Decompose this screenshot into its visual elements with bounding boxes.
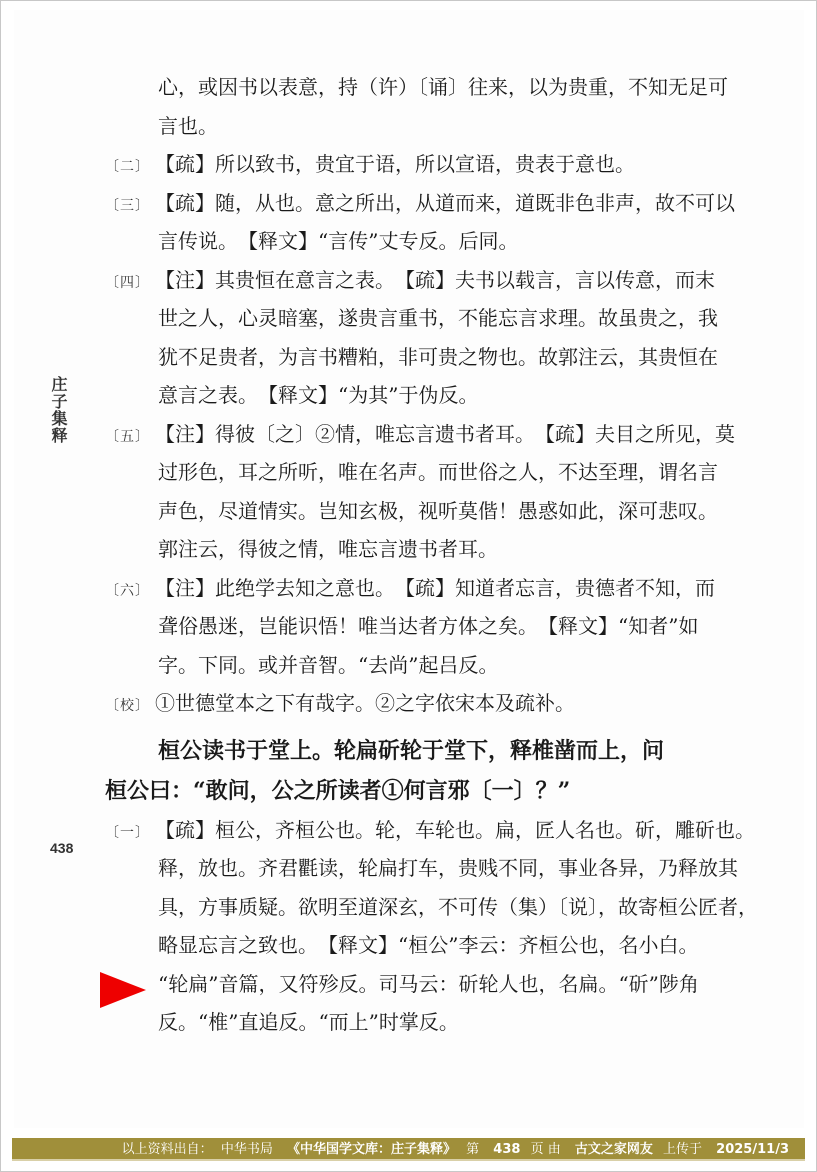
paragraph-continuation: 心，或因书以表意，持（许）〔诵〕往来，以为贵重，不知无足可 言也。	[105, 68, 725, 145]
text-line: 反。“椎”直追反。“而上”时掌反。	[105, 1003, 725, 1042]
footer-page-suffix: 页 由	[531, 1142, 561, 1157]
main-text-line: 桓公读书于堂上。轮扁斫轮于堂下，释椎凿而上，问	[105, 731, 725, 771]
text-line: 具，方事质疑。欲明至道深玄，不可传（集）〔说〕，故寄桓公匠者，	[105, 888, 725, 927]
note-marker: 〔一〕	[105, 814, 155, 853]
text-line: 【注】得彼〔之〕②情，唯忘言遗书者耳。 【疏】夫目之所见，莫	[155, 422, 735, 446]
note-marker: 〔五〕	[105, 418, 155, 457]
text-line: 意言之表。 【释文】“为其”于伪反。	[105, 376, 725, 415]
page-number: 438	[50, 840, 73, 856]
footer-uploader: 古文之家网友	[575, 1142, 653, 1157]
text-line: 聋俗愚迷，岂能识悟！唯当达者方体之矣。 【释文】“知者”如	[105, 607, 725, 646]
footer-upload-label: 上传于	[663, 1142, 702, 1157]
note-4: 〔四〕【注】其贵恒在意言之表。 【疏】夫书以载言，言以传意，而末 世之人，心灵暗…	[105, 261, 725, 415]
text-line: 【疏】桓公，齐桓公也。轮，车轮也。扁，匠人名也。斫，雕斫也。	[155, 818, 755, 842]
footer-page: 438	[493, 1142, 520, 1157]
note-3: 〔三〕【疏】随，从也。意之所出，从道而来，道既非色非声，故不可以 言传说。 【释…	[105, 184, 725, 261]
note-1: 〔一〕【疏】桓公，齐桓公也。轮，车轮也。扁，匠人名也。斫，雕斫也。 释，放也。齐…	[105, 811, 725, 1042]
footer-book-title: 《中华国学文库：庄子集释》	[287, 1142, 456, 1157]
note-marker: 〔二〕	[105, 148, 155, 187]
note-6: 〔六〕【注】此绝学去知之意也。 【疏】知道者忘言，贵德者不知，而 聋俗愚迷，岂能…	[105, 569, 725, 685]
note-marker: 〔六〕	[105, 572, 155, 611]
text-line: 声色，尽道情实。岂知玄极，视听莫偕！愚惑如此，深可悲叹。	[105, 492, 725, 531]
note-2: 〔二〕【疏】所以致书，贵宜于语，所以宣语，贵表于意也。	[105, 145, 725, 184]
main-text-passage: 桓公读书于堂上。轮扁斫轮于堂下，释椎凿而上，问 桓公曰：“敢问，公之所读者①何言…	[105, 731, 725, 811]
footer-prefix: 以上资料出自：	[122, 1142, 213, 1157]
text-line: 【注】此绝学去知之意也。 【疏】知道者忘言，贵德者不知，而	[155, 576, 715, 600]
footer-date: 2025/11/3	[716, 1142, 789, 1157]
collation-note: 〔校〕①世德堂本之下有哉字。②之字依宋本及疏补。	[105, 684, 725, 723]
red-arrow-pointer-icon	[100, 972, 146, 1008]
text-line: 心，或因书以表意，持（许）〔诵〕往来，以为贵重，不知无足可	[105, 68, 725, 107]
note-marker: 〔三〕	[105, 187, 155, 226]
text-line: 言也。	[105, 107, 725, 146]
note-marker: 〔校〕	[105, 687, 155, 726]
text-line: 【注】其贵恒在意言之表。 【疏】夫书以载言，言以传意，而末	[155, 268, 715, 292]
footer-page-prefix: 第	[466, 1142, 479, 1157]
text-column: 心，或因书以表意，持（许）〔诵〕往来，以为贵重，不知无足可 言也。 〔二〕【疏】…	[105, 68, 725, 1042]
text-line: 犹不足贵者，为言书糟粕，非可贵之物也。故郭注云，其贵恒在	[105, 338, 725, 377]
text-line: 字。下同。或并音智。“去尚”起吕反。	[105, 646, 725, 685]
text-line: ①世德堂本之下有哉字。②之字依宋本及疏补。	[155, 691, 575, 715]
main-text-line: 桓公曰：“敢问，公之所读者①何言邪〔一〕？”	[105, 771, 725, 811]
text-line: 过形色，耳之所听，唯在名声。而世俗之人，不达至理，谓名言	[105, 453, 725, 492]
text-line: 【疏】所以致书，贵宜于语，所以宣语，贵表于意也。	[155, 152, 635, 176]
text-line: 言传说。 【释文】“言传”丈专反。后同。	[105, 222, 725, 261]
text-line: 世之人，心灵暗塞，遂贵言重书，不能忘言求理。故虽贵之，我	[105, 299, 725, 338]
text-line: “轮扁”音篇，又符殄反。司马云：斫轮人也，名扁。“斫”陟角	[105, 965, 725, 1004]
text-line: 释，放也。齐君氍读，轮扁打车，贵贱不同，事业各异，乃释放其	[105, 849, 725, 888]
text-line: 【疏】随，从也。意之所出，从道而来，道既非色非声，故不可以	[155, 191, 735, 215]
text-line: 郭注云，得彼之情，唯忘言遗书者耳。	[105, 530, 725, 569]
note-5: 〔五〕【注】得彼〔之〕②情，唯忘言遗书者耳。 【疏】夫目之所见，莫 过形色，耳之…	[105, 415, 725, 569]
note-marker: 〔四〕	[105, 264, 155, 303]
source-footer-bar: 以上资料出自： 中华书局 《中华国学文库：庄子集释》 第 438 页 由 古文之…	[12, 1138, 805, 1161]
book-side-title: 庄子集释	[48, 376, 68, 444]
footer-publisher: 中华书局	[221, 1142, 273, 1157]
text-line: 略显忘言之致也。 【释文】“桓公”李云：齐桓公也，名小白。	[105, 926, 725, 965]
